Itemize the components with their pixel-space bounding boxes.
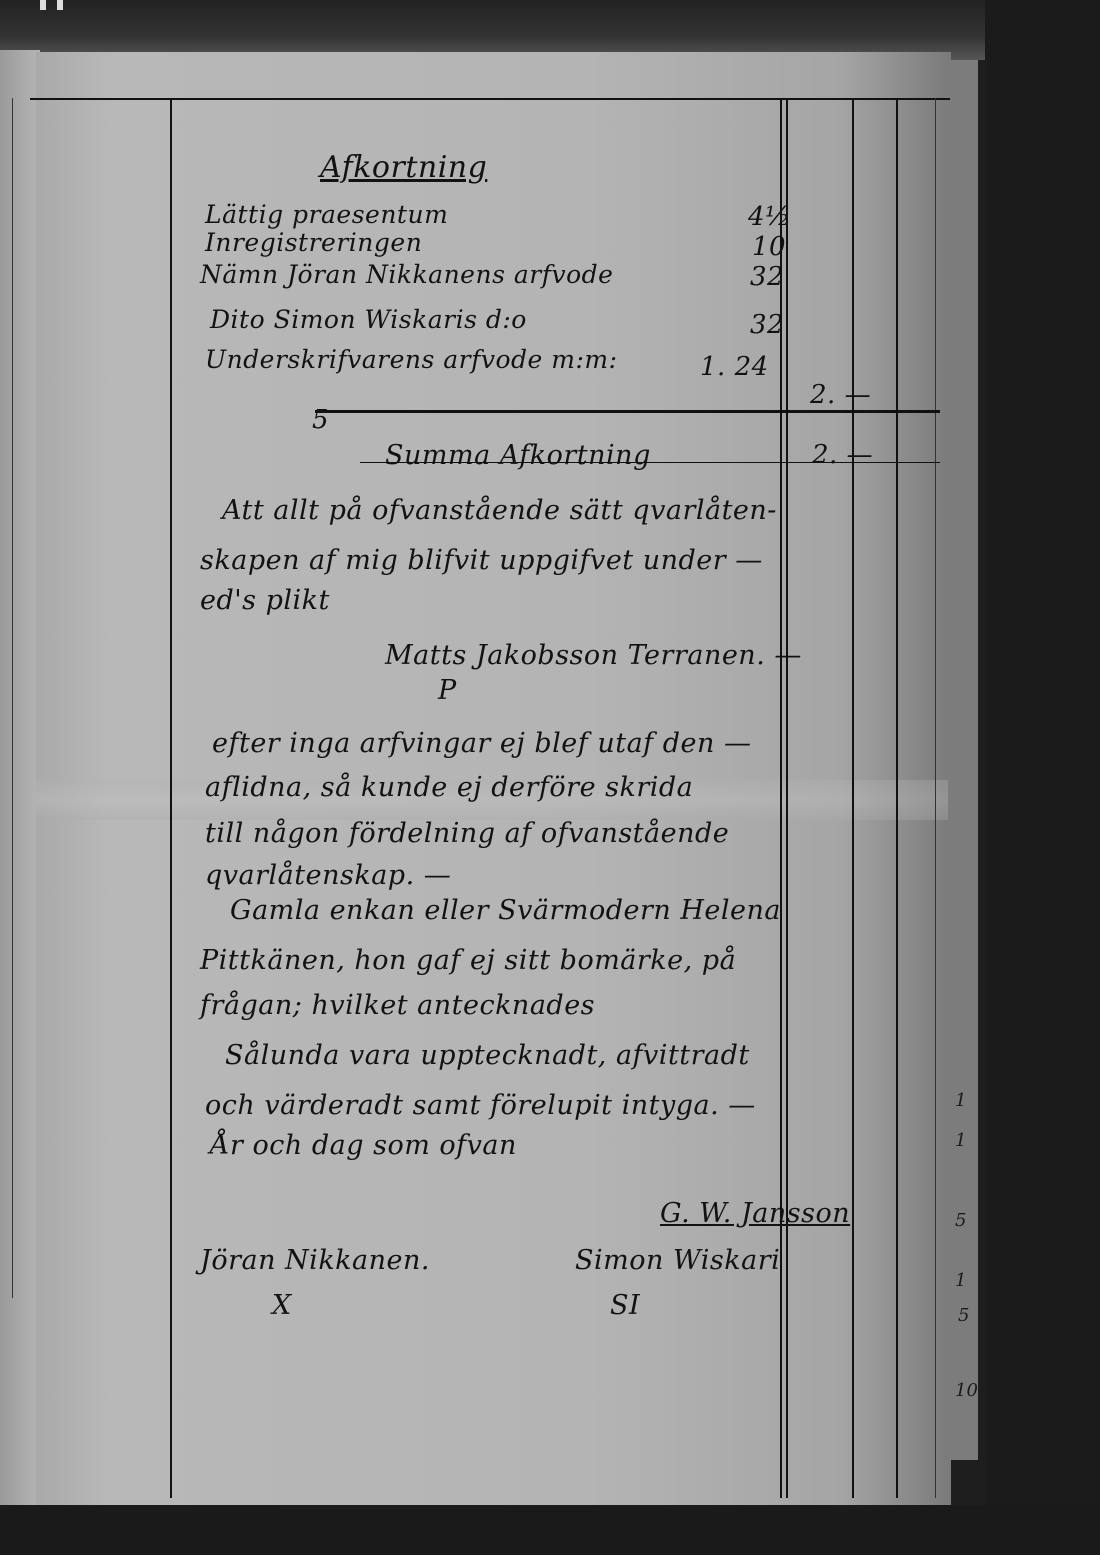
deduction-label: Nämn Jöran Nikkanens arfvode	[200, 260, 613, 289]
deduction-amount: 1. 24	[700, 352, 769, 382]
scanned-document: Afkortning Lättig praesentum 4½ Inregist…	[0, 0, 1100, 1555]
amount-column-rule	[852, 98, 854, 1498]
scan-mark	[57, 0, 63, 10]
witness-mark: SI	[610, 1290, 640, 1321]
scan-mark	[40, 0, 46, 10]
deduction-label: Underskrifvarens arfvode m:m:	[205, 345, 618, 374]
left-margin-rule	[170, 98, 172, 1498]
oath-line: ed's plikt	[200, 585, 330, 616]
oath-line: skapen af mig blifvit uppgifvet under —	[200, 545, 763, 576]
text-line: till någon fördelning af ofvanstående	[205, 818, 729, 849]
mark-p: P	[438, 675, 457, 706]
text-line: efter inga arfvingar ej blef utaf den —	[212, 728, 751, 759]
text-line: År och dag som ofvan	[210, 1130, 517, 1161]
deduction-amount: 32	[750, 262, 784, 292]
declarant-signature: Matts Jakobsson Terranen. —	[385, 640, 802, 671]
margin-number: 1	[955, 1270, 966, 1291]
right-rule	[935, 98, 936, 1498]
subtotal-amount: 2. —	[810, 380, 871, 410]
text-line: och värderadt samt förelupit intyga. —	[205, 1090, 756, 1121]
amount-column-rule	[786, 98, 788, 1498]
text-line: aflidna, så kunde ej derföre skrida	[205, 772, 693, 803]
top-rule	[30, 98, 950, 100]
text-line: qvarlåtenskap. —	[205, 860, 451, 891]
text-line: Pittkänen, hon gaf ej sitt bomärke, på	[200, 945, 736, 976]
previous-page-edge	[0, 50, 40, 1555]
next-page-edge	[948, 60, 978, 1460]
margin-number: 1	[955, 1130, 966, 1151]
margin-number: 1	[955, 1090, 966, 1111]
deduction-amount: 10	[752, 232, 786, 262]
margin-number: 5	[955, 1210, 966, 1231]
scan-background	[985, 0, 1100, 1555]
text-line: Sålunda vara upptecknadt, afvittradt	[225, 1040, 750, 1071]
oath-line: Att allt på ofvanstående sätt qvarlåten-	[222, 495, 777, 526]
left-page-rule	[12, 98, 13, 1298]
deduction-label: Lättig praesentum	[205, 200, 448, 229]
summa-amount: 2. —	[812, 440, 873, 470]
text-line: Gamla enkan eller Svärmodern Helena	[230, 895, 781, 926]
summa-label: Summa Afkortning	[385, 440, 651, 471]
margin-number: 10	[955, 1380, 978, 1401]
witness-mark: X	[272, 1290, 292, 1321]
scan-background	[0, 1505, 1100, 1555]
deduction-label: Inregistreringen	[205, 228, 422, 257]
section-heading: Afkortning	[320, 150, 487, 185]
margin-mark: 5	[312, 405, 329, 435]
deduction-label: Dito Simon Wiskaris d:o	[210, 305, 527, 334]
margin-number: 5	[958, 1305, 969, 1326]
amount-column-rule	[896, 98, 898, 1498]
total-rule	[315, 410, 940, 413]
text-line: frågan; hvilket antecknades	[200, 990, 595, 1021]
page-top-shadow	[0, 0, 1100, 60]
witness-signature: Simon Wiskari	[575, 1245, 780, 1276]
witness-signature: Jöran Nikkanen.	[200, 1245, 430, 1276]
deduction-amount: 4½	[748, 202, 791, 232]
amount-column-rule	[780, 98, 782, 1498]
deduction-amount: 32	[750, 310, 784, 340]
official-signature: G. W. Jansson	[660, 1198, 850, 1229]
